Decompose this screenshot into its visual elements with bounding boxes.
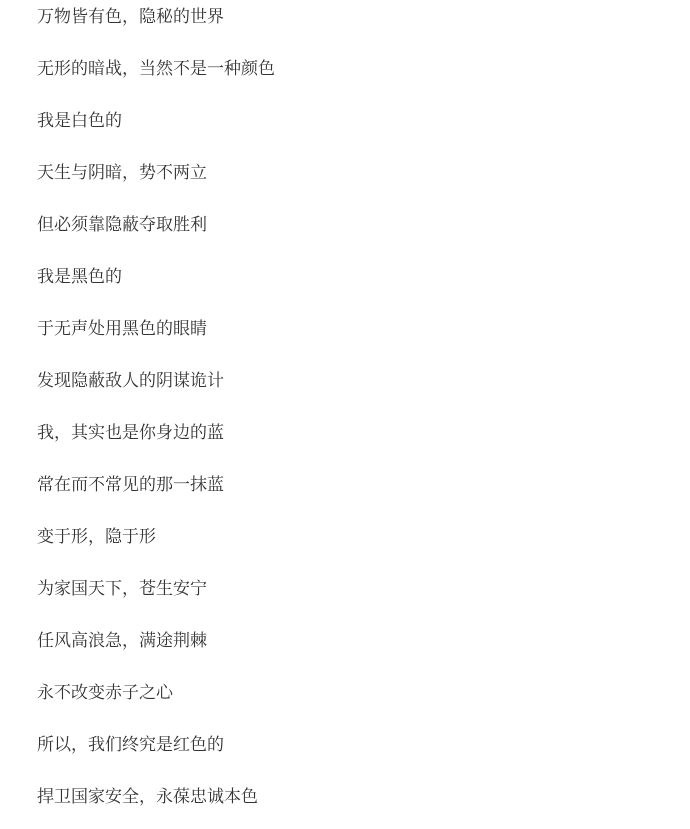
poem-line: 任风高浪急，满途荆棘 <box>37 629 275 681</box>
poem-line: 无形的暗战，当然不是一种颜色 <box>37 57 275 109</box>
poem-line: 永不改变赤子之心 <box>37 681 275 733</box>
poem-line: 发现隐蔽敌人的阴谋诡计 <box>37 369 275 421</box>
poem-line: 我是黑色的 <box>37 265 275 317</box>
poem-line: 我是白色的 <box>37 109 275 161</box>
poem-line: 为家国天下，苍生安宁 <box>37 577 275 629</box>
poem-line: 天生与阴暗，势不两立 <box>37 161 275 213</box>
poem-line: 于无声处用黑色的眼睛 <box>37 317 275 369</box>
poem-line: 万物皆有色，隐秘的世界 <box>37 5 275 57</box>
poem-line: 捍卫国家安全，永葆忠诚本色 <box>37 785 275 829</box>
poem-line: 但必须靠隐蔽夺取胜利 <box>37 213 275 265</box>
poem-text: 万物皆有色，隐秘的世界 无形的暗战，当然不是一种颜色 我是白色的 天生与阴暗，势… <box>37 5 275 829</box>
poem-line: 我，其实也是你身边的蓝 <box>37 421 275 473</box>
poem-line: 变于形，隐于形 <box>37 525 275 577</box>
poem-line: 常在而不常见的那一抹蓝 <box>37 473 275 525</box>
poem-line: 所以，我们终究是红色的 <box>37 733 275 785</box>
